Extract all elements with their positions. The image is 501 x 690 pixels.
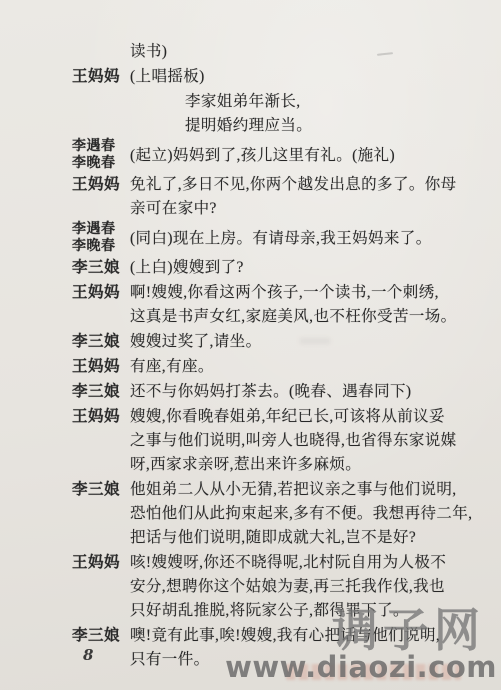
dialogue-text: 啊!嫂嫂,你看这两个孩子,一个读书,一个刺绣,这真是书声女红,家庭美风,也不枉你…: [130, 281, 486, 329]
speaker-name-line: 王妈妈: [72, 355, 130, 379]
dialogue-line: 亲可在家中?: [130, 197, 486, 221]
dialogue-text: 免礼了,多日不见,你两个越发出息的多了。你母亲可在家中?: [130, 173, 486, 221]
script-entry: 读书): [72, 40, 486, 64]
speaker-name: [72, 40, 130, 64]
speaker-name-line: 李三娘: [72, 478, 130, 502]
speaker-name-line: 李三娘: [72, 624, 130, 648]
dialogue-text: 嫂嫂,你看晚春姐弟,年纪已长,可该将从前议妥之事与他们说明,叫旁人也晓得,也省得…: [130, 405, 486, 477]
watermark-site-name: 调子网: [332, 607, 485, 653]
dialogue-text: (同白)现在上房。有请母亲,我王妈妈来了。: [130, 227, 486, 251]
dialogue-line: 有座,有座。: [130, 355, 486, 379]
page-number: 8: [83, 646, 93, 664]
script-entry: 李遇春李晚春(起立)妈妈到了,孩儿这里有礼。(施礼): [72, 139, 486, 172]
speaker-name: 王妈妈: [72, 551, 130, 623]
speaker-name-line: 王妈妈: [72, 173, 130, 197]
scanned-script-page: 读书)王妈妈(上唱摇板)李家姐弟年渐长,提明婚约理应当。李遇春李晚春(起立)妈妈…: [0, 0, 501, 690]
script-entry: 王妈妈(上唱摇板): [72, 65, 486, 89]
script-entry: 李三娘还不与你妈妈打茶去。(晚春、遇春同下): [72, 380, 486, 404]
dialogue-line: 读书): [130, 40, 486, 64]
script-entry: 李三娘(上白)嫂嫂到了?: [72, 256, 486, 280]
speaker-name: 王妈妈: [72, 65, 130, 89]
dialogue-text: 李家姐弟年渐长,提明婚约理应当。: [130, 90, 486, 138]
dialogue-line: 之事与他们说明,叫旁人也晓得,也省得东家说媒: [130, 429, 486, 453]
script-entry: 王妈妈嫂嫂,你看晚春姐弟,年纪已长,可该将从前议妥之事与他们说明,叫旁人也晓得,…: [72, 405, 486, 477]
dialogue-line: 安分,想聘你这个姑娘为妻,再三托我作伐,我也: [130, 575, 486, 599]
dialogue-line: 李家姐弟年渐长,: [130, 90, 486, 114]
dialogue-text: (起立)妈妈到了,孩儿这里有礼。(施礼): [130, 144, 486, 168]
script-body: 读书)王妈妈(上唱摇板)李家姐弟年渐长,提明婚约理应当。李遇春李晚春(起立)妈妈…: [72, 40, 486, 673]
dialogue-line: 还不与你妈妈打茶去。(晚春、遇春同下): [130, 380, 486, 404]
speaker-name: 李三娘: [72, 330, 130, 354]
script-entry: 李家姐弟年渐长,提明婚约理应当。: [72, 90, 486, 138]
speaker-name-line: 李遇春: [72, 139, 130, 156]
dialogue-text: 还不与你妈妈打茶去。(晚春、遇春同下): [130, 380, 486, 404]
speaker-name: 王妈妈: [72, 173, 130, 221]
dialogue-text: 读书): [130, 40, 486, 64]
speaker-name-line: 李三娘: [72, 380, 130, 404]
dialogue-text: (上白)嫂嫂到了?: [130, 256, 486, 280]
speaker-name-line: 王妈妈: [72, 65, 130, 89]
script-entry: 王妈妈有座,有座。: [72, 355, 486, 379]
dialogue-text: 他姐弟二人从小无猜,若把议亲之事与他们说明,恐怕他们从此拘束起来,多有不便。我想…: [130, 478, 486, 550]
speaker-name-line: 王妈妈: [72, 405, 130, 429]
dialogue-line: 咳!嫂嫂呀,你还不晓得呢,北村阮自用为人极不: [130, 551, 486, 575]
script-entry: 李三娘嫂嫂过奖了,请坐。: [72, 330, 486, 354]
speaker-name-line: 王妈妈: [72, 281, 130, 305]
speaker-name: 王妈妈: [72, 355, 130, 379]
scan-artifact-smudge: [300, 338, 330, 344]
speaker-name-line: 李三娘: [72, 330, 130, 354]
dialogue-text: (上唱摇板): [130, 65, 486, 89]
speaker-name-line: 李遇春: [72, 222, 130, 239]
script-entry: 李遇春李晚春(同白)现在上房。有请母亲,我王妈妈来了。: [72, 222, 486, 255]
speaker-name: 李三娘: [72, 380, 130, 404]
dialogue-line: 恐怕他们从此拘束起来,多有不便。我想再待二年,: [130, 502, 486, 526]
script-entry: 李三娘他姐弟二人从小无猜,若把议亲之事与他们说明,恐怕他们从此拘束起来,多有不便…: [72, 478, 486, 550]
speaker-name: 王妈妈: [72, 281, 130, 329]
script-entry: 王妈妈啊!嫂嫂,你看这两个孩子,一个读书,一个刺绣,这真是书声女红,家庭美风,也…: [72, 281, 486, 329]
dialogue-line: 这真是书声女红,家庭美风,也不枉你受苦一场。: [130, 305, 486, 329]
speaker-name-line: 李晚春: [72, 156, 130, 173]
dialogue-text: 有座,有座。: [130, 355, 486, 379]
dialogue-line: (起立)妈妈到了,孩儿这里有礼。(施礼): [130, 144, 486, 168]
dialogue-line: (上唱摇板): [130, 65, 486, 89]
speaker-name: 李三娘: [72, 478, 130, 550]
speaker-name: [72, 90, 130, 138]
dialogue-line: 提明婚约理应当。: [130, 114, 486, 138]
speaker-name: 李遇春李晚春: [72, 222, 130, 255]
speaker-name-line: 李晚春: [72, 239, 130, 256]
dialogue-line: 嫂嫂,你看晚春姐弟,年纪已长,可该将从前议妥: [130, 405, 486, 429]
speaker-name: 李三娘: [72, 256, 130, 280]
dialogue-line: 他姐弟二人从小无猜,若把议亲之事与他们说明,: [130, 478, 486, 502]
speaker-name-line: 李三娘: [72, 256, 130, 280]
script-entry: 王妈妈免礼了,多日不见,你两个越发出息的多了。你母亲可在家中?: [72, 173, 486, 221]
dialogue-line: 呀,西家求亲呀,惹出来许多麻烦。: [130, 453, 486, 477]
dialogue-line: 免礼了,多日不见,你两个越发出息的多了。你母: [130, 173, 486, 197]
dialogue-line: (上白)嫂嫂到了?: [130, 256, 486, 280]
dialogue-line: (同白)现在上房。有请母亲,我王妈妈来了。: [130, 227, 486, 251]
speaker-name-line: 王妈妈: [72, 551, 130, 575]
dialogue-line: 啊!嫂嫂,你看这两个孩子,一个读书,一个刺绣,: [130, 281, 486, 305]
watermark-site-url: www.diaozi.com: [225, 653, 497, 682]
speaker-name: 王妈妈: [72, 405, 130, 477]
dialogue-line: 把话与他们说明,随即成就大礼,岂不是好?: [130, 526, 486, 550]
speaker-name: 李三娘: [72, 624, 130, 672]
speaker-name: 李遇春李晚春: [72, 139, 130, 172]
